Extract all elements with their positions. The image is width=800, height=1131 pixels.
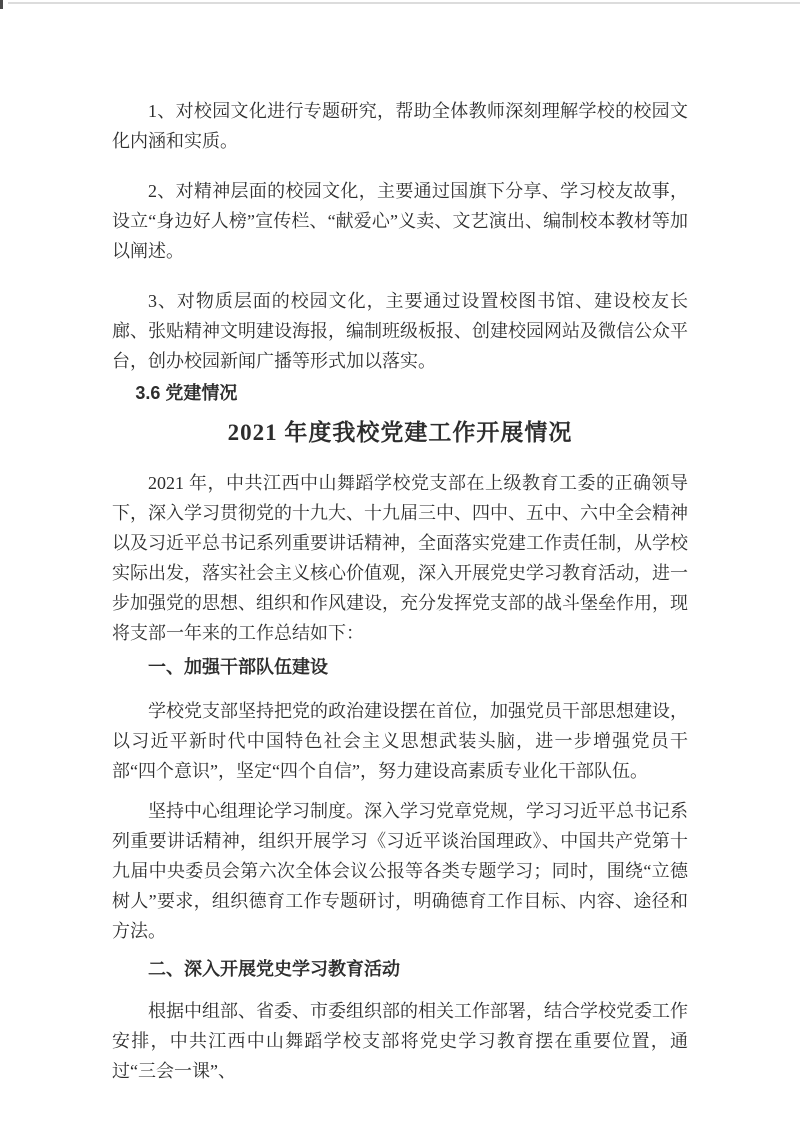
report-title: 2021 年度我校党建工作开展情况 (112, 416, 688, 450)
document-page: 1、对校园文化进行专题研究，帮助全体教师深刻理解学校的校园文化内涵和实质。 2、… (0, 0, 800, 1131)
report-subheading-2: 二、深入开展党史学习教育活动 (112, 954, 688, 984)
numbered-paragraph-2: 2、对精神层面的校园文化，主要通过国旗下分享、学习校友故事，设立“身边好人榜”宣… (112, 176, 688, 266)
scan-edge-line (8, 2, 800, 4)
report-subheading-1: 一、加强干部队伍建设 (112, 652, 688, 682)
document-content: 1、对校园文化进行专题研究，帮助全体教师深刻理解学校的校园文化内涵和实质。 2、… (112, 96, 688, 1086)
report-section1-paragraph-2: 坚持中心组理论学习制度。深入学习党章党规，学习习近平总书记系列重要讲话精神，组织… (112, 796, 688, 946)
report-section2-paragraph-1: 根据中组部、省委、市委组织部的相关工作部署，结合学校党委工作安排，中共江西中山舞… (112, 996, 688, 1086)
numbered-paragraph-3: 3、对物质层面的校园文化，主要通过设置校图书馆、建设校友长廊、张贴精神文明建设海… (112, 286, 688, 376)
section-heading-3-6: 3.6 党建情况 (112, 378, 688, 408)
numbered-paragraph-1: 1、对校园文化进行专题研究，帮助全体教师深刻理解学校的校园文化内涵和实质。 (112, 96, 688, 156)
report-section1-paragraph-1: 学校党支部坚持把党的政治建设摆在首位，加强党员干部思想建设，以习近平新时代中国特… (112, 696, 688, 786)
scan-corner-mark (0, 0, 3, 9)
report-intro-paragraph: 2021 年，中共江西中山舞蹈学校党支部在上级教育工委的正确领导下，深入学习贯彻… (112, 468, 688, 648)
